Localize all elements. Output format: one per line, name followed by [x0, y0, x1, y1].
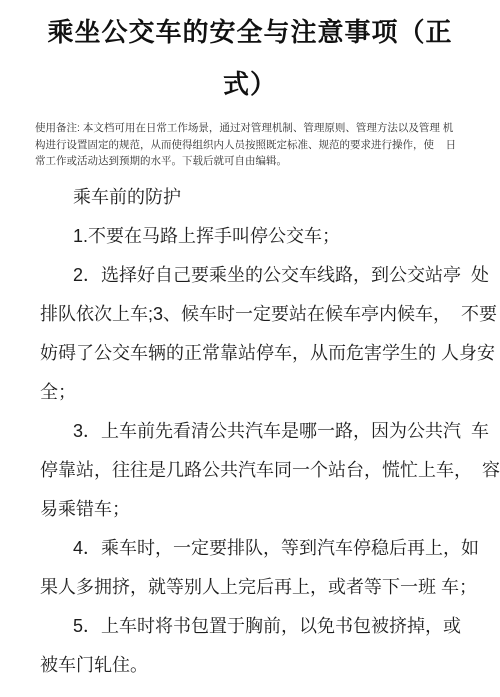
paragraph-line: 4．乘车时，一定要排队，等到汽车停稳后再上，如 — [40, 529, 474, 568]
paragraph-4: 4．乘车时，一定要排队，等到汽车停稳后再上，如 果人多拥挤，就等别人上完后再上，… — [40, 529, 474, 607]
paragraph-line: 被车门轧住。 — [40, 646, 474, 685]
paragraph-1: 1.不要在马路上挥手叫停公交车； — [40, 217, 474, 256]
paragraph-line: 停靠站，往往是几路公共汽车同一个站台，慌忙上车， 容 — [40, 451, 474, 490]
paragraph-line: 排队依次上车;3、候车时一定要站在候车亭内候车， 不要 — [40, 295, 474, 334]
usage-note-line-3: 常工作或活动达到预期的水平。下载后就可自由编辑。 — [35, 153, 472, 170]
document-page: 乘坐公交车的安全与注意事项（正 式） 使用备注: 本文档可用在日常工作场景，通过… — [0, 0, 500, 697]
paragraph-5: 5．上车时将书包置于胸前，以免书包被挤掉，或 被车门轧住。 — [40, 607, 474, 685]
paragraph-2: 2．选择好自己要乘坐的公交车线路，到公交站亭 处 排队依次上车;3、候车时一定要… — [40, 256, 474, 412]
paragraph-line: 全； — [40, 373, 474, 412]
paragraph-line: 1.不要在马路上挥手叫停公交车； — [40, 217, 474, 256]
paragraph-line: 易乘错车； — [40, 490, 474, 529]
paragraph-line: 3．上车前先看清公共汽车是哪一路，因为公共汽 车 — [40, 412, 474, 451]
section-heading: 乘车前的防护 — [40, 178, 474, 217]
paragraph-line: 5．上车时将书包置于胸前，以免书包被挤掉，或 — [40, 607, 474, 646]
document-title: 乘坐公交车的安全与注意事项（正 式） — [0, 6, 500, 110]
paragraph-line: 果人多拥挤，就等别人上完后再上，或者等下一班 车； — [40, 568, 474, 607]
paragraph-line: 妨碍了公交车辆的正常靠站停车，从而危害学生的 人身安 — [40, 334, 474, 373]
document-title-line-1: 乘坐公交车的安全与注意事项（正 — [0, 6, 500, 58]
usage-note-line-1: 使用备注: 本文档可用在日常工作场景，通过对管理机制、管理原则、管理方法以及管理… — [35, 120, 472, 137]
usage-note: 使用备注: 本文档可用在日常工作场景，通过对管理机制、管理原则、管理方法以及管理… — [35, 120, 472, 170]
paragraph-3: 3．上车前先看清公共汽车是哪一路，因为公共汽 车 停靠站，往往是几路公共汽车同一… — [40, 412, 474, 529]
paragraph-line: 2．选择好自己要乘坐的公交车线路，到公交站亭 处 — [40, 256, 474, 295]
document-title-line-2: 式） — [0, 58, 500, 110]
usage-note-line-2: 构进行设置固定的规范，从而使得组织内人员按照既定标准、规范的要求进行操作，使 日 — [35, 137, 472, 154]
document-body: 乘车前的防护 1.不要在马路上挥手叫停公交车； 2．选择好自己要乘坐的公交车线路… — [40, 178, 474, 685]
